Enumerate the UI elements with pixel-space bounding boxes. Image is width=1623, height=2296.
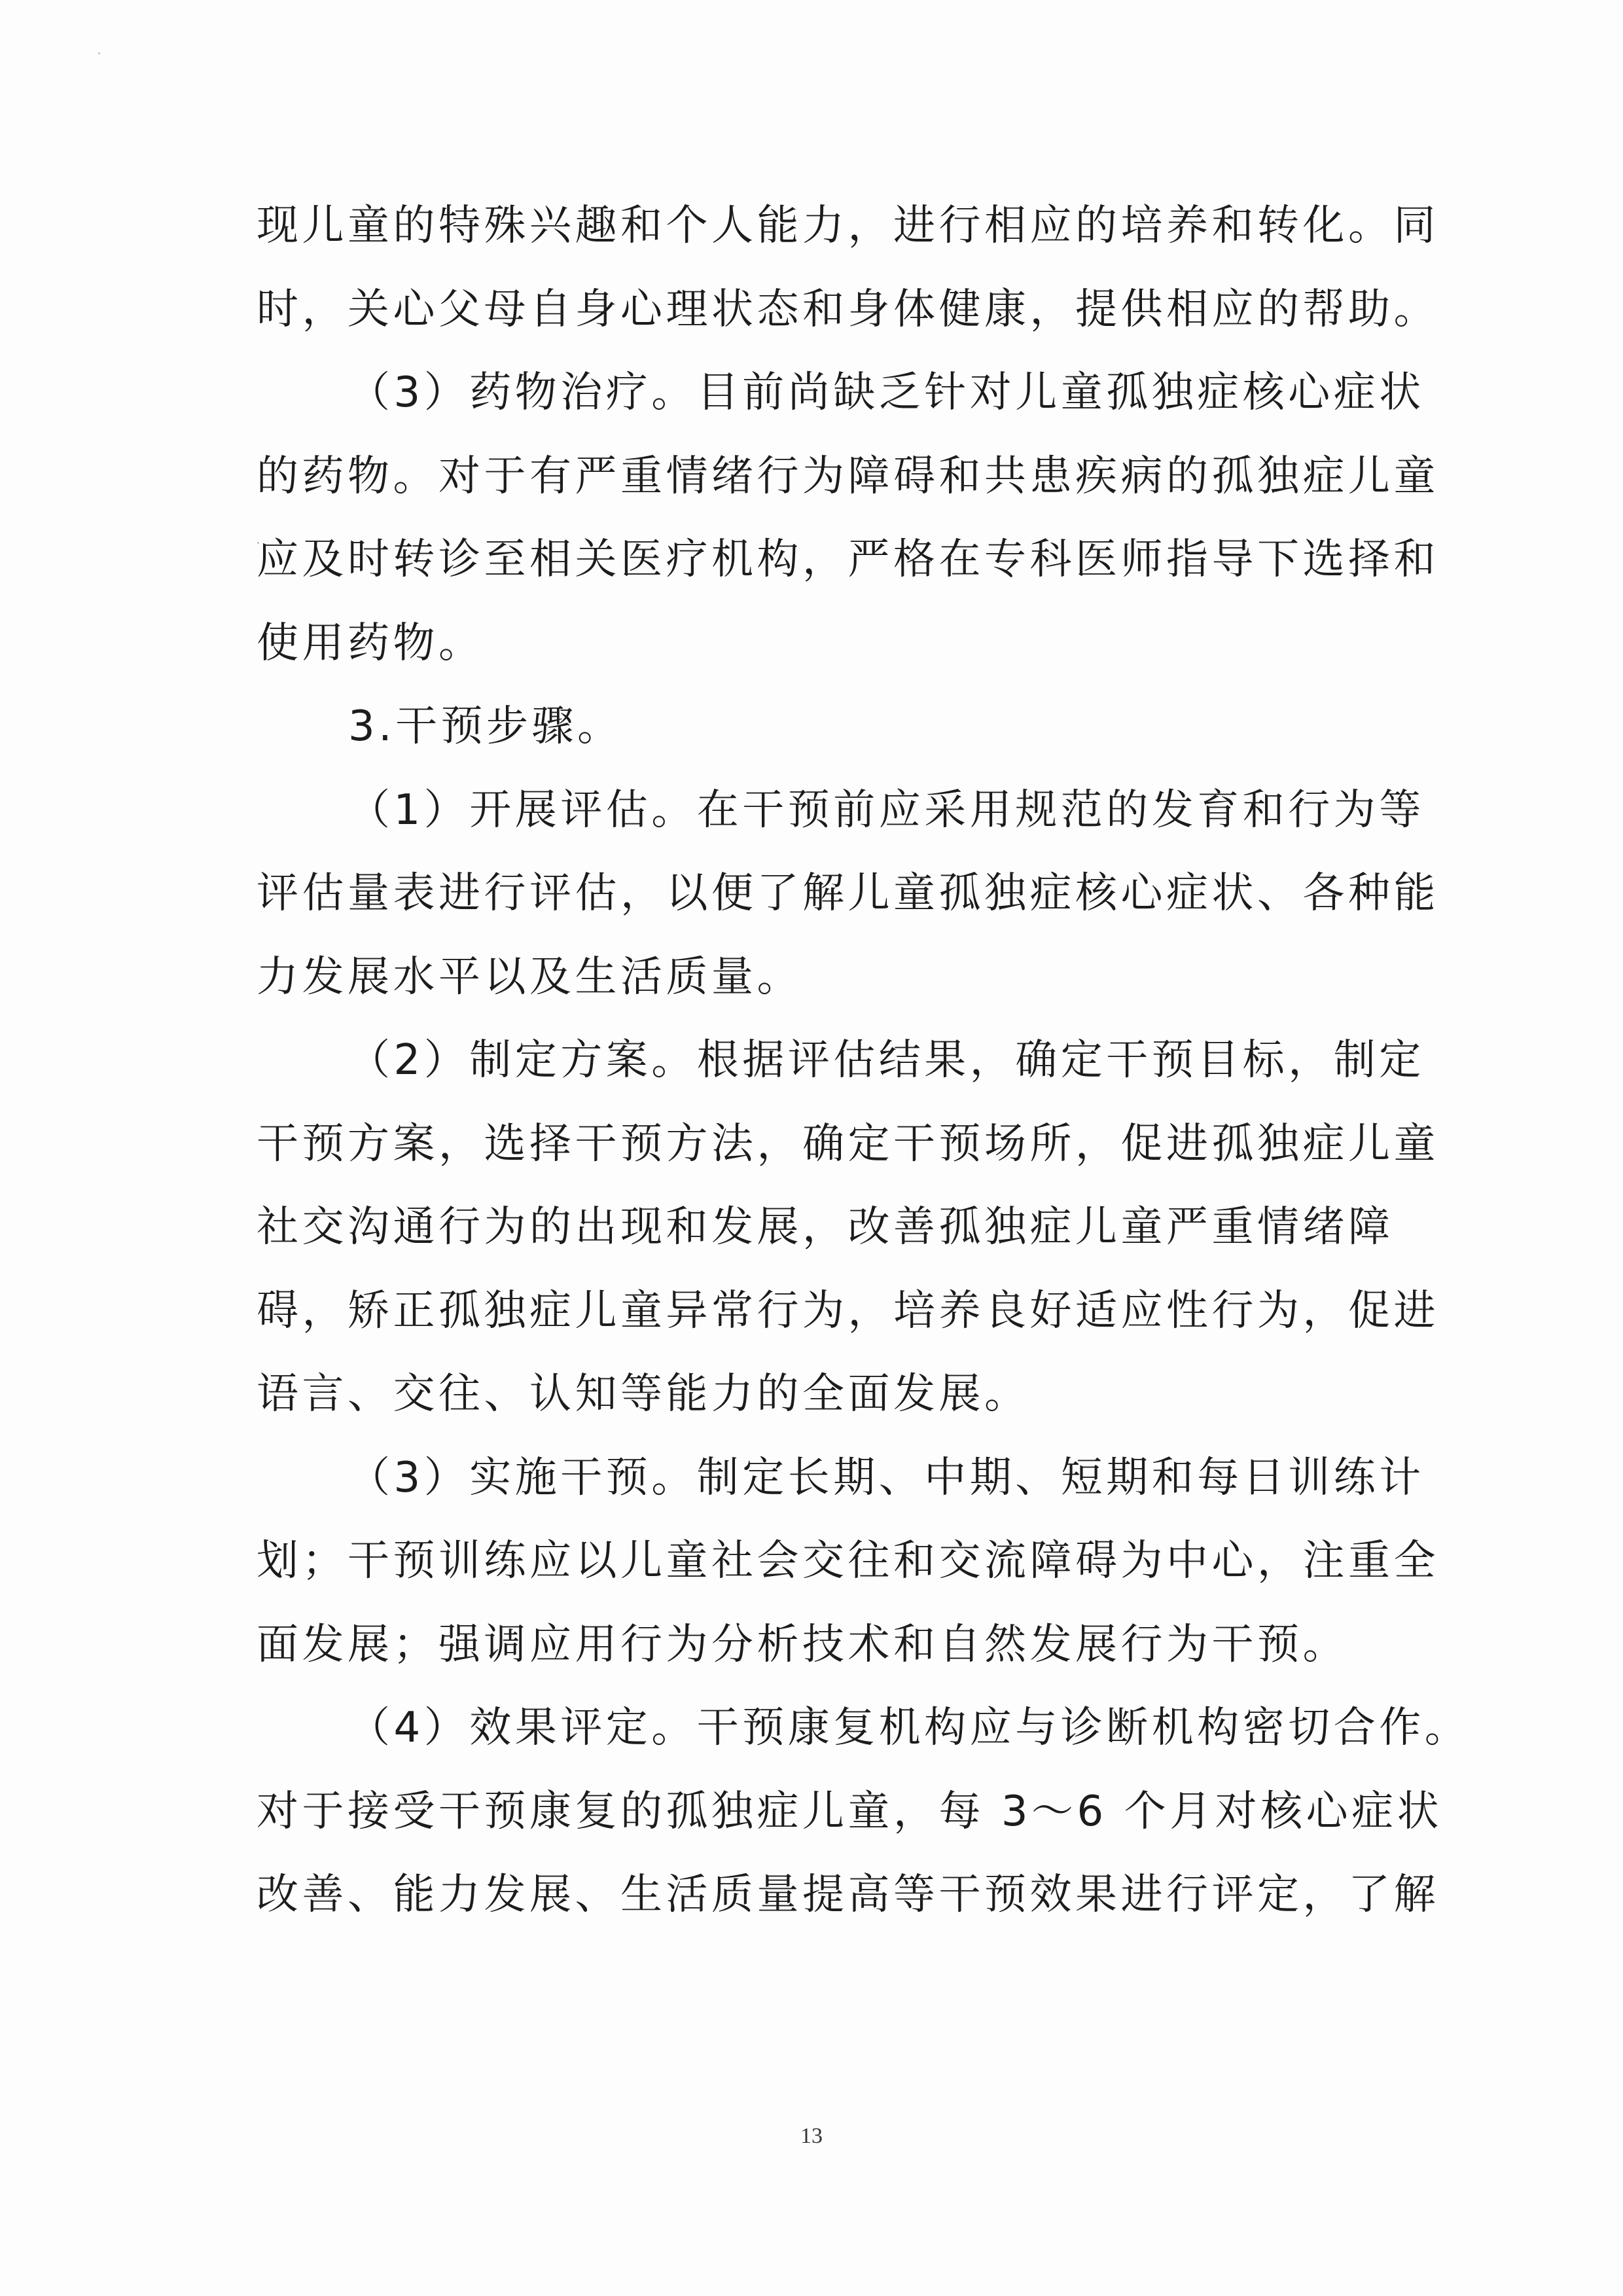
text-line: 使用药物。 [257,602,1389,686]
text-line: 面发展；强调应用行为分析技术和自然发展行为干预。 [257,1604,1389,1687]
text-line-heading-plan: （2）制定方案。根据评估结果，确定干预目标，制定 [257,1019,1389,1103]
text-line-heading-medication: （3）药物治疗。目前尚缺乏针对儿童孤独症核心症状 [257,351,1389,435]
text-line: 语言、交往、认知等能力的全面发展。 [257,1353,1389,1437]
text-line: 改善、能力发展、生活质量提高等干预效果进行评定，了解 [257,1854,1389,1937]
text-line: 的药物。对于有严重情绪行为障碍和共患疾病的孤独症儿童 [257,435,1389,519]
text-line: 评估量表进行评估，以便了解儿童孤独症核心症状、各种能 [257,852,1389,936]
text-line: 现儿童的特殊兴趣和个人能力，进行相应的培养和转化。同 [257,185,1389,268]
text-line: 时，关心父母自身心理状态和身体健康，提供相应的帮助。 [257,268,1389,352]
text-line: 碍，矫正孤独症儿童异常行为，培养良好适应性行为，促进 [257,1270,1389,1354]
text-line: 划；干预训练应以儿童社会交往和交流障碍为中心，注重全 [257,1520,1389,1604]
document-page: 现儿童的特殊兴趣和个人能力，进行相应的培养和转化。同 时，关心父母自身心理状态和… [0,0,1623,2296]
text-line: 应及时转诊至相关医疗机构，严格在专科医师指导下选择和 [257,518,1389,602]
text-line: 干预方案，选择干预方法，确定干预场所，促进孤独症儿童 [257,1103,1389,1187]
text-line: 对于接受干预康复的孤独症儿童，每 3～6 个月对核心症状 [257,1770,1389,1854]
text-line-heading-implementation: （3）实施干预。制定长期、中期、短期和每日训练计 [257,1437,1389,1520]
body-text: 现儿童的特殊兴趣和个人能力，进行相应的培养和转化。同 时，关心父母自身心理状态和… [257,185,1389,1937]
scan-speck [98,52,100,54]
page-number: 13 [0,2124,1623,2149]
text-line: 力发展水平以及生活质量。 [257,936,1389,1020]
section-heading-intervention-steps: 3.干预步骤。 [257,685,1389,769]
text-line-heading-assessment: （1）开展评估。在干预前应采用规范的发育和行为等 [257,769,1389,853]
text-line-heading-evaluation: （4）效果评定。干预康复机构应与诊断机构密切合作。 [257,1687,1389,1770]
text-line: 社交沟通行为的出现和发展，改善孤独症儿童严重情绪障 [257,1186,1389,1270]
